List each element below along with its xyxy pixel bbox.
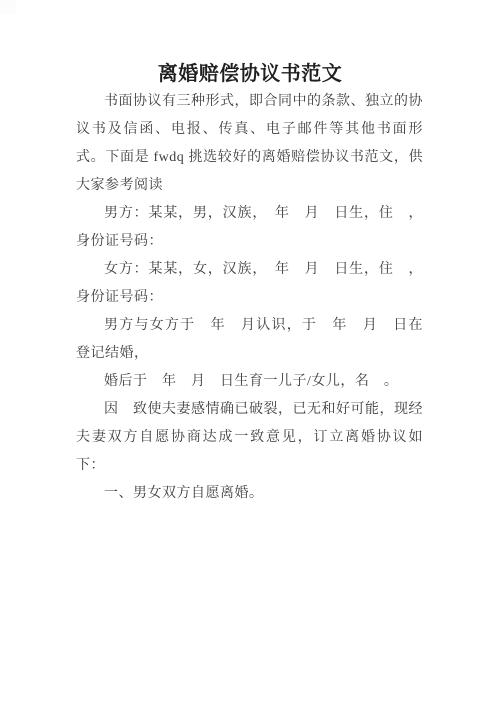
paragraph-divorce-reason: 因 致使夫妻感情确已破裂，已无和好可能，现经夫妻双方自愿协商达成一致意见，订立离… — [76, 396, 423, 480]
scan-corner-artifact — [0, 0, 16, 14]
paragraph-child-birth: 婚后于 年 月 日生育一儿子/女儿，名 。 — [76, 368, 423, 396]
paragraph-intro: 书面协议有三种形式，即合同中的条款、独立的协议书及信函、电报、传真、电子邮件等其… — [76, 88, 423, 200]
paragraph-marriage-registration: 男方与女方于 年 月认识，于 年 月 日在 登记结婚， — [76, 312, 423, 368]
paragraph-husband-info: 男方：某某，男，汉族， 年 月 日生，住 ，身份证号码： — [76, 200, 423, 256]
paragraph-clause-one: 一、男女双方自愿离婚。 — [76, 480, 423, 508]
document-page: 离婚赔偿协议书范文 书面协议有三种形式，即合同中的条款、独立的协议书及信函、电报… — [0, 0, 500, 708]
paragraph-wife-info: 女方：某某，女，汉族， 年 月 日生，住 ，身份证号码： — [76, 256, 423, 312]
document-title: 离婚赔偿协议书范文 — [0, 0, 500, 88]
document-body: 书面协议有三种形式，即合同中的条款、独立的协议书及信函、电报、传真、电子邮件等其… — [0, 88, 500, 508]
